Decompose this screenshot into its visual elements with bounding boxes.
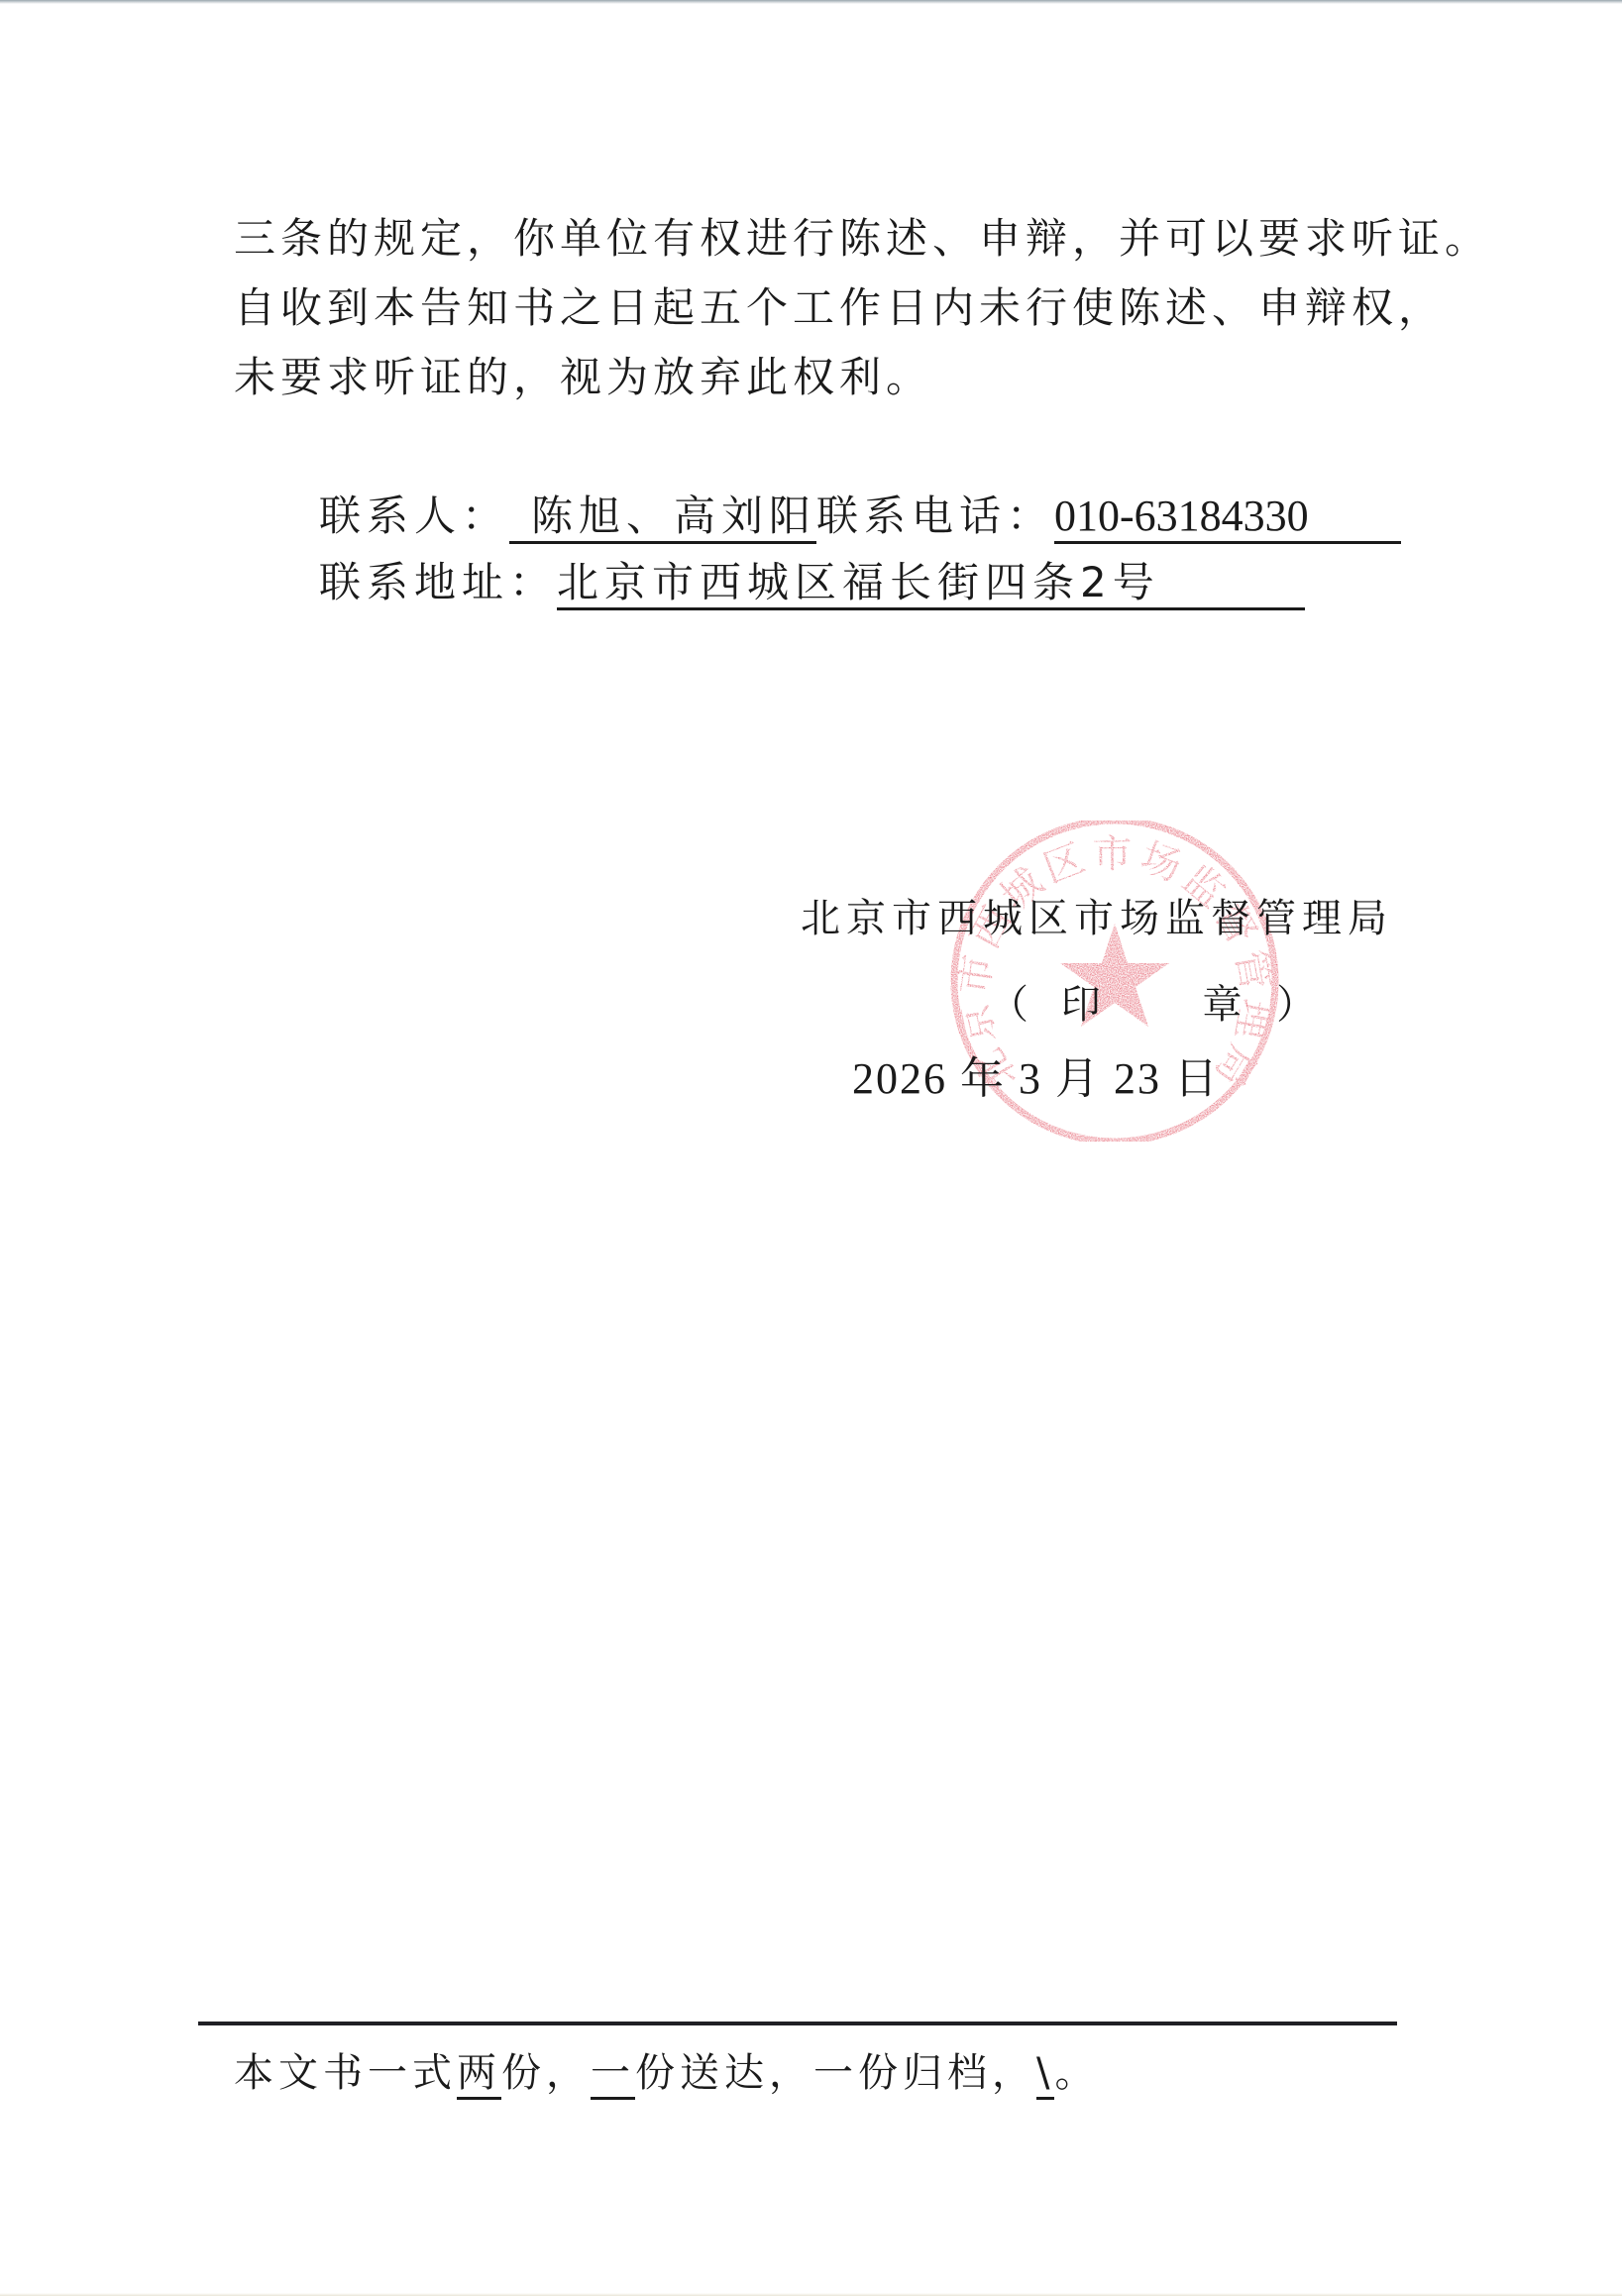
footer-filled-value: 一 [591,2050,635,2100]
contact-address-value: 北京市西城区福长街四条2号 [557,560,1305,610]
seal-label-char-yin: 印 [1061,973,1101,1030]
contact-person-value: 陈旭、高刘阳 [509,493,816,544]
body-line: 自收到本告知书之日起五个工作日内未行使陈述、申辩权， [234,273,1403,343]
contact-person-label: 联系人： [319,484,509,543]
contact-address-row: 联系地址：北京市西城区福长街四条2号 [319,550,1305,610]
footer-filled-value: \ [1036,2050,1054,2100]
body-line: 三条的规定，你单位有权进行陈述、申辩，并可以要求听证。 [234,204,1403,273]
body-line: 未要求听证的，视为放弃此权利。 [234,343,1403,412]
scan-edge-top [0,0,1622,4]
seal-label-close-paren: ） [1276,973,1316,1030]
footer-divider [198,2022,1397,2025]
contact-person-phone-row: 联系人：陈旭、高刘阳联系电话：010-63184330 [319,484,1401,544]
issuing-organization: 北京市西城区市场监督管理局 [801,887,1393,943]
footer-text: 。 [1054,2050,1099,2096]
contact-phone-value: 010-63184330 [1054,493,1401,544]
seal-label-char-zhang: 章 [1202,973,1242,1030]
notice-body-paragraph: 三条的规定，你单位有权进行陈述、申辩，并可以要求听证。 自收到本告知书之日起五个… [234,204,1403,412]
footer-text: 份， [501,2050,591,2096]
footer-text: 份送达，一份归档， [635,2050,1036,2096]
issue-date: 2026 年 3 月 23 日 [852,1042,1220,1106]
copies-note: 本文书一式两份，一份送达，一份归档，\。 [234,2041,1099,2098]
contact-phone-label: 联系电话： [816,484,1054,543]
footer-text: 本文书一式 [234,2050,457,2096]
contact-address-label: 联系地址： [319,550,557,609]
seal-label-open-paren: （ [989,973,1028,1030]
footer-filled-value: 两 [457,2050,501,2100]
seal-label: （ 印 章 ） [989,973,1316,1030]
